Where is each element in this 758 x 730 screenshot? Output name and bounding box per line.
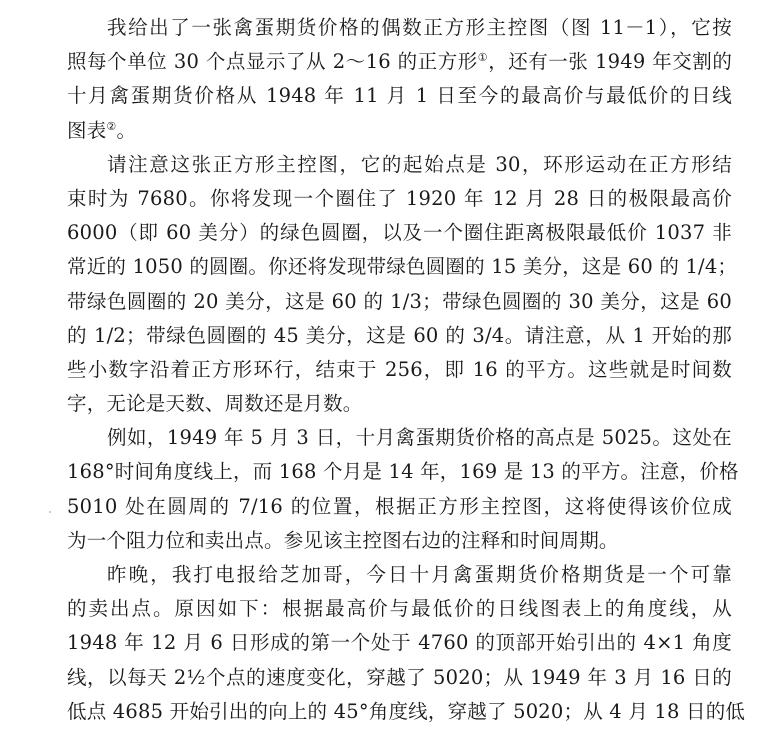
line-text: 的 1/2；带绿色圆圈的 45 美分，这是 60 的 3/4。请注意，从 1 开…: [67, 324, 732, 347]
text-line: 的 1/2；带绿色圆圈的 45 美分，这是 60 的 3/4。请注意，从 1 开…: [67, 319, 732, 353]
text-line: 1948 年 12 月 6 日形成的第一个处于 4760 的顶部开始引出的 4×…: [67, 626, 732, 660]
text-line: 5010 处在圆周的 7/16 的位置，根据正方形主控图，这将使得该价位成: [67, 490, 732, 524]
footnote-mark-2[interactable]: ②: [106, 120, 116, 133]
text-line: 照每个单位 30 个点显示了从 2～16 的正方形①，还有一张 1949 年交割…: [67, 45, 732, 79]
text-line: 为一个阻力位和卖出点。参见该主控图右边的注释和时间周期。: [67, 524, 732, 558]
text-line: 例如，1949 年 5 月 3 日，十月禽蛋期货价格的高点是 5025。这处在: [67, 421, 732, 455]
text-line: 低点 4685 开始引出的向上的 45°角度线，穿越了 5020；从 4 月 1…: [67, 695, 732, 729]
line-text: 常近的 1050 的圆圈。你还将发现带绿色圆圈的 15 美分，这是 60 的 1…: [67, 255, 737, 278]
text-line: 我给出了一张禽蛋期货价格的偶数正方形主控图（图 11－1），它按: [67, 11, 732, 45]
text-line: 的卖出点。原因如下：根据最高价与最低价的日线图表上的角度线，从: [67, 592, 732, 626]
line-text: 例如，1949 年 5 月 3 日，十月禽蛋期货价格的高点是 5025。这处在: [107, 426, 732, 449]
line-text: 的卖出点。原因如下：根据最高价与最低价的日线图表上的角度线，从: [67, 597, 732, 620]
text-line: 带绿色圆圈的 20 美分，这是 60 的 1/3；带绿色圆圈的 30 美分，这是…: [67, 285, 732, 319]
line-text: 字，无论是天数、周数还是月数。: [67, 392, 363, 415]
document-page: 我给出了一张禽蛋期货价格的偶数正方形主控图（图 11－1），它按 照每个单位 3…: [67, 11, 732, 729]
footnote-mark-1[interactable]: ①: [478, 51, 488, 64]
line-text: 为一个阻力位和卖出点。参见该主控图右边的注释和时间周期。: [67, 529, 619, 552]
paragraph-2: 请注意这张正方形主控图，它的起始点是 30，环形运动在正方形结 束时为 7680…: [67, 148, 732, 422]
paragraph-4: 昨晚，我打电报给芝加哥，今日十月禽蛋期货价格期货是一个可靠 的卖出点。原因如下：…: [67, 558, 732, 729]
text-line: 些小数字沿着正方形环行，结束于 256，即 16 的平方。这些就是时间数: [67, 353, 732, 387]
scan-speck: [49, 511, 51, 513]
text-line: 168°时间角度线上，而 168 个月是 14 年，169 是 13 的平方。注…: [67, 455, 732, 489]
text-line: 线，以每天 2½个点的速度变化，穿越了 5020；从 1949 年 3 月 16…: [67, 661, 732, 695]
text-line: 常近的 1050 的圆圈。你还将发现带绿色圆圈的 15 美分，这是 60 的 1…: [67, 250, 732, 284]
text-line: 束时为 7680。你将发现一个圈住了 1920 年 12 月 28 日的极限最高…: [67, 182, 732, 216]
line-text: 些小数字沿着正方形环行，结束于 256，即 16 的平方。这些就是时间数: [67, 358, 732, 381]
text-line: 图表②。: [67, 114, 732, 148]
line-text: 我给出了一张禽蛋期货价格的偶数正方形主控图（图 11－1），它按: [107, 16, 732, 39]
line-text: 照每个单位 30 个点显示了从 2～16 的正方形: [67, 50, 478, 73]
line-text: 5010 处在圆周的 7/16 的位置，根据正方形主控图，这将使得该价位成: [67, 495, 732, 518]
line-text: 图表: [67, 119, 106, 142]
line-text: ，还有一张 1949 年交割的: [488, 50, 732, 73]
line-text: 168°时间角度线上，而 168 个月是 14 年，169 是 13 的平方。注…: [67, 460, 739, 483]
line-text: 。: [116, 119, 136, 142]
paragraph-1: 我给出了一张禽蛋期货价格的偶数正方形主控图（图 11－1），它按 照每个单位 3…: [67, 11, 732, 148]
text-line: 字，无论是天数、周数还是月数。: [67, 387, 732, 421]
line-text: 低点 4685 开始引出的向上的 45°角度线，穿越了 5020；从 4 月 1…: [67, 700, 745, 723]
line-text: 1948 年 12 月 6 日形成的第一个处于 4760 的顶部开始引出的 4×…: [67, 631, 732, 654]
line-text: 6000（即 60 美分）的绿色圆圈，以及一个圈住距离极限最低价 1037 非: [67, 221, 732, 244]
line-text: 束时为 7680。你将发现一个圈住了 1920 年 12 月 28 日的极限最高…: [67, 187, 732, 210]
line-text: 线，以每天 2½个点的速度变化，穿越了 5020；从 1949 年 3 月 16…: [67, 666, 732, 689]
line-text: 带绿色圆圈的 20 美分，这是 60 的 1/3；带绿色圆圈的 30 美分，这是…: [67, 290, 732, 313]
text-line: 6000（即 60 美分）的绿色圆圈，以及一个圈住距离极限最低价 1037 非: [67, 216, 732, 250]
line-text: 十月禽蛋期货价格从 1948 年 11 月 1 日至今的最高价与最低价的日线: [67, 84, 732, 107]
paragraph-3: 例如，1949 年 5 月 3 日，十月禽蛋期货价格的高点是 5025。这处在 …: [67, 421, 732, 558]
text-line: 十月禽蛋期货价格从 1948 年 11 月 1 日至今的最高价与最低价的日线: [67, 79, 732, 113]
line-text: 昨晚，我打电报给芝加哥，今日十月禽蛋期货价格期货是一个可靠: [107, 563, 732, 586]
text-line: 请注意这张正方形主控图，它的起始点是 30，环形运动在正方形结: [67, 148, 732, 182]
line-text: 请注意这张正方形主控图，它的起始点是 30，环形运动在正方形结: [107, 153, 732, 176]
text-line: 昨晚，我打电报给芝加哥，今日十月禽蛋期货价格期货是一个可靠: [67, 558, 732, 592]
